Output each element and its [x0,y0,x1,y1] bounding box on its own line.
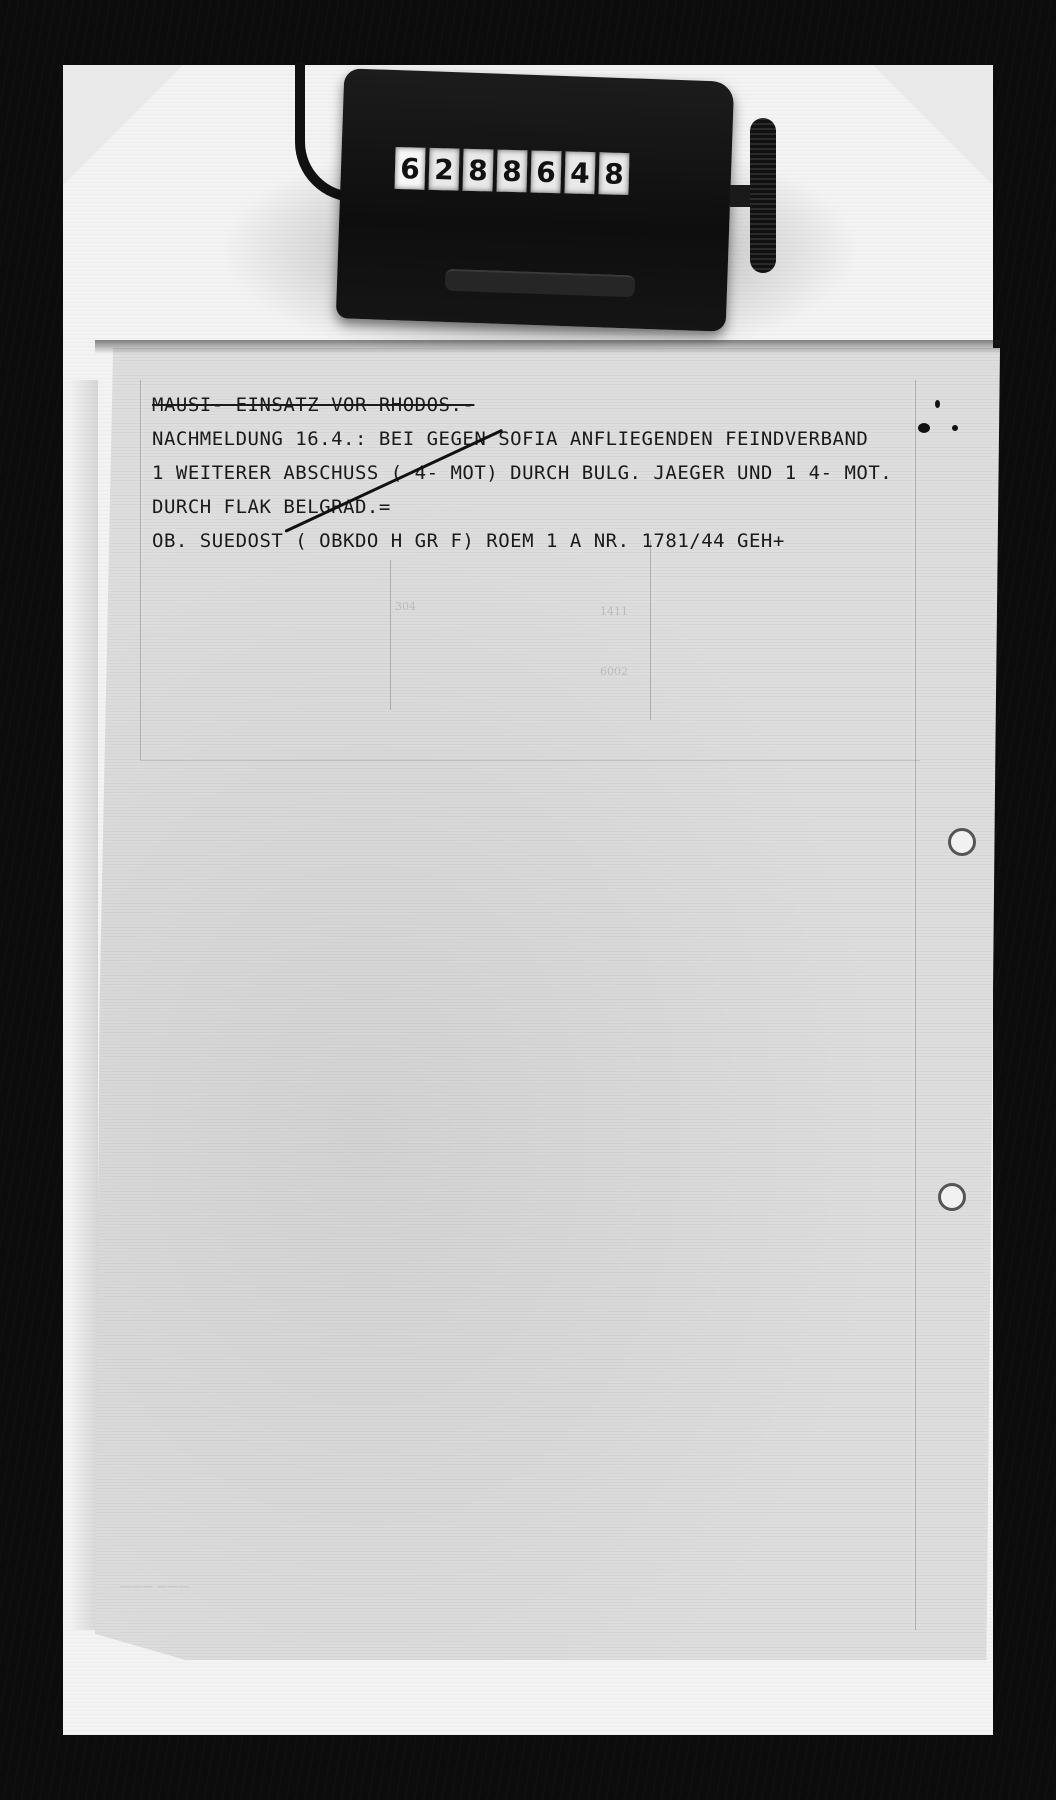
document-line: DURCH FLAK BELGRAD.= [152,490,892,524]
document-line: NACHMELDUNG 16.4.: BEI GEGEN SOFIA ANFLI… [152,422,892,456]
counter-digit: 8 [598,152,629,195]
show-through-text: 304 [395,600,416,613]
counter-digit: 6 [530,151,561,194]
counter-digit: 4 [564,151,595,194]
counter-digit: 2 [428,148,459,191]
form-rule [650,540,651,720]
form-rule [140,380,141,760]
show-through-text: ——— ——— [120,1580,190,1593]
show-through-text: 1411 [600,605,628,618]
document-line: 1 WEITERER ABSCHUSS ( 4- MOT) DURCH BULG… [152,456,892,490]
show-through-text: 6002 [600,665,628,678]
document-text: MAUSI- EINSATZ VOR RHODOS.- NACHMELDUNG … [152,388,892,558]
counter-digit: 6 [394,147,425,190]
document-top-shadow [95,340,1000,354]
counter-digit: 8 [496,150,527,193]
form-rule [140,760,920,761]
ink-blot [918,423,930,433]
document-fold-shadow [70,380,98,1630]
ink-blot [935,400,940,408]
document-line-signature: OB. SUEDOST ( OBKDO H GR F) ROEM 1 A NR.… [152,524,892,558]
form-rule [915,380,916,1630]
form-rule [390,560,391,710]
punch-hole [948,828,976,856]
corner-fold-right [873,65,993,185]
ink-blot [952,425,958,431]
punch-hole [938,1183,966,1211]
document-line-heading: MAUSI- EINSATZ VOR RHODOS.- [152,388,892,422]
counter-digit: 8 [462,149,493,192]
counter-knob-icon [750,118,776,273]
counter-digits: 6 2 8 8 6 4 8 [394,147,629,195]
corner-fold-left [63,65,183,185]
